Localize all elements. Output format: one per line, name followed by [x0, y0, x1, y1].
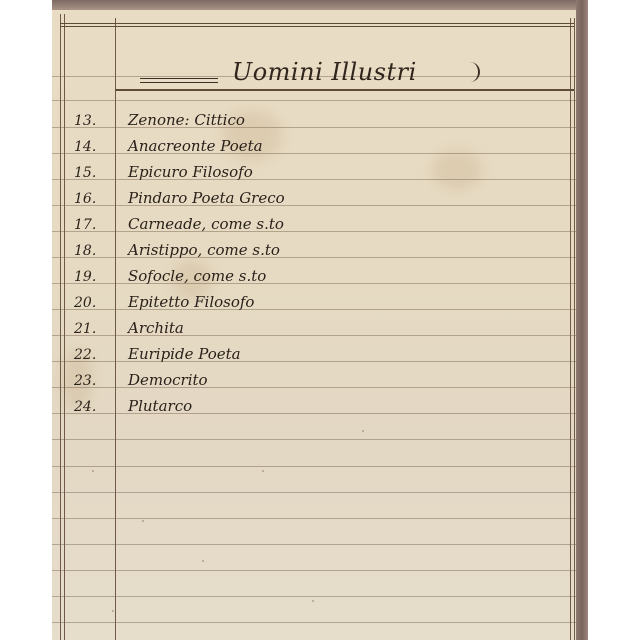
entry-name: Euripide Poeta — [128, 345, 241, 363]
ledger-page: Uomini Illustri 13. Zenone: Cittico 14. … — [52, 0, 588, 640]
margin-line-left-inner — [64, 14, 65, 640]
entry-number: 15. — [74, 165, 114, 181]
entry-number: 13. — [74, 113, 114, 129]
entry-number: 20. — [74, 295, 114, 311]
ruled-line — [52, 100, 576, 101]
speck — [92, 470, 94, 472]
entry-name: Carneade, come s.to — [128, 215, 284, 233]
entry-number: 23. — [74, 373, 114, 389]
margin-line-right-inner — [570, 18, 571, 640]
entry-number: 22. — [74, 347, 114, 363]
entry-name: Aristippo, come s.to — [128, 241, 280, 259]
number-column-line — [115, 18, 116, 640]
entry-number: 18. — [74, 243, 114, 259]
title-flourish-right — [456, 62, 480, 82]
speck — [312, 600, 314, 602]
ruled-line — [52, 622, 576, 623]
ruled-line — [52, 544, 576, 545]
entry-name: Epicuro Filosofo — [128, 163, 253, 181]
entry-name: Zenone: Cittico — [128, 111, 245, 129]
entry-number: 24. — [74, 399, 114, 415]
entry-number: 14. — [74, 139, 114, 155]
ruled-line — [52, 518, 576, 519]
top-border-line — [60, 26, 574, 27]
speck — [202, 560, 204, 562]
cover-edge-right — [576, 0, 588, 640]
speck — [362, 430, 364, 432]
entry-name: Pindaro Poeta Greco — [128, 189, 285, 207]
entry-name: Epitetto Filosofo — [128, 293, 254, 311]
entry-name: Democrito — [128, 371, 208, 389]
ruled-line — [52, 439, 576, 440]
cover-edge-top — [52, 0, 588, 10]
stain — [432, 150, 482, 190]
speck — [142, 520, 144, 522]
speck — [262, 470, 264, 472]
speck — [112, 610, 114, 612]
ruled-line — [52, 466, 576, 467]
title-flourish-left — [140, 78, 218, 83]
top-border-line — [60, 23, 574, 24]
entry-number: 17. — [74, 217, 114, 233]
entry-name: Plutarco — [128, 397, 192, 415]
ruled-line — [52, 492, 576, 493]
ruled-line — [52, 570, 576, 571]
entry-name: Sofocle, come s.to — [128, 267, 266, 285]
entry-number: 16. — [74, 191, 114, 207]
page-title: Uomini Illustri — [232, 58, 417, 86]
margin-line-right-outer — [574, 18, 575, 640]
entry-name: Anacreonte Poeta — [128, 137, 263, 155]
ruled-line — [52, 596, 576, 597]
entry-number: 19. — [74, 269, 114, 285]
page-heading: Uomini Illustri — [140, 56, 480, 94]
margin-line-left-outer — [60, 14, 61, 640]
entry-number: 21. — [74, 321, 114, 337]
entry-name: Archita — [128, 319, 184, 337]
